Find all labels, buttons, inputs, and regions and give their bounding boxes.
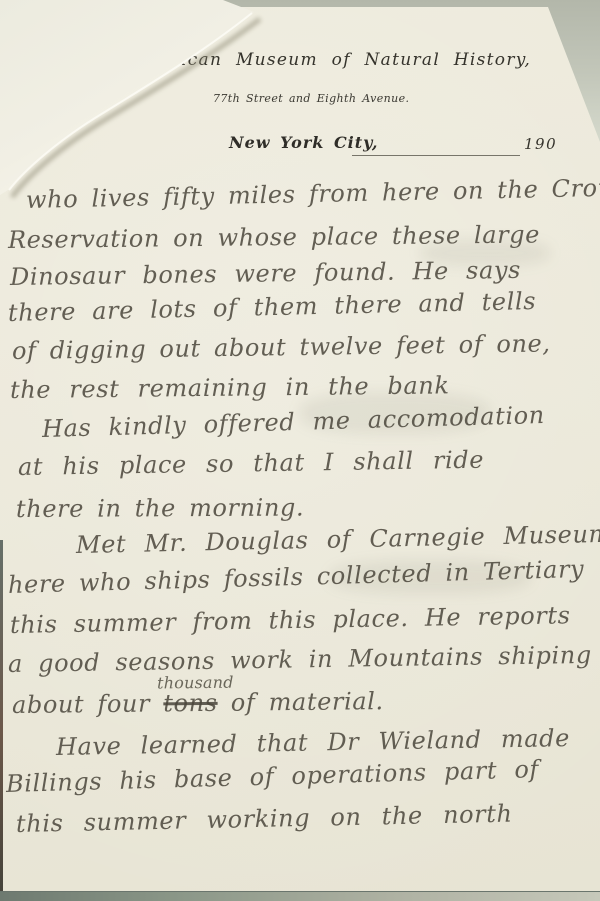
handwritten-line-9: there in the morning. <box>16 493 304 523</box>
handwritten-line-6: the rest remaining in the bank <box>10 371 450 404</box>
struck-word: tons <box>163 689 218 718</box>
fold-corner-graphic <box>0 0 300 210</box>
page-fold-corner <box>0 0 300 210</box>
handwritten-line-14: about four tons thousand of material. <box>12 687 384 719</box>
scan-edge-left <box>0 540 3 891</box>
letterhead-year: 190 <box>524 135 557 153</box>
scanned-letter: ican Museum of Natural History, 77th Str… <box>0 0 600 901</box>
handwritten-line-2: Reservation on whose place these large <box>8 220 540 254</box>
correction-after: of material. <box>231 687 384 717</box>
inserted-word: thousand <box>157 673 234 693</box>
correction-before: about four <box>12 689 164 719</box>
date-line-rule <box>352 155 520 156</box>
correction-group: tons thousand <box>163 689 218 718</box>
scan-edge-bottom <box>0 892 600 901</box>
